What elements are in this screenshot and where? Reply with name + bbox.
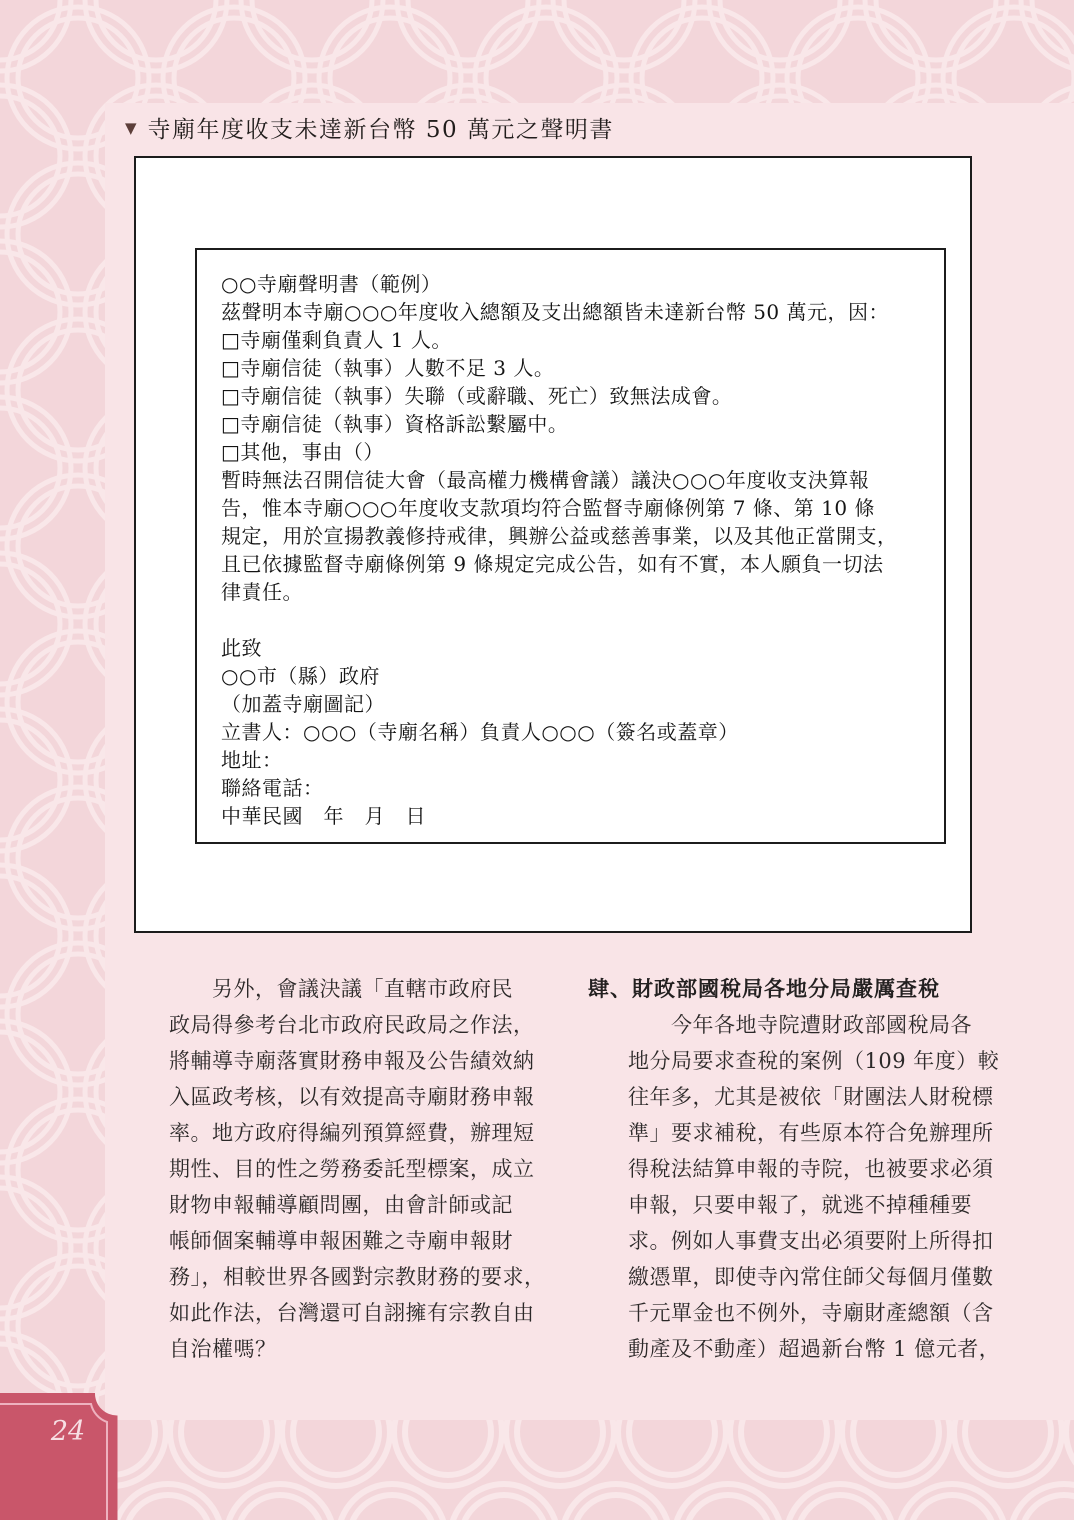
left-column: 另外，會議決議「直轄市政府民政局得參考台北市政府民政局之作法，將輔導寺廟落實財務… (169, 971, 535, 1367)
content-panel: ▼ 寺廟年度收支未達新台幣 50 萬元之聲明書 ○○寺廟聲明書（範例）茲聲明本寺… (105, 103, 1074, 1420)
body-text-line: 政局得參考台北市政府民政局之作法， (169, 1007, 535, 1043)
body-text-line: 期性、目的性之勞務委託型標案，成立 (169, 1151, 535, 1187)
form-outer-box: ○○寺廟聲明書（範例）茲聲明本寺廟○○○年度收入總額及支出總額皆未達新台幣 50… (134, 156, 972, 933)
form-line: 且已依據監督寺廟條例第 9 條規定完成公告，如有不實，本人願負一切法 (221, 550, 926, 578)
body-text-line: 務」，相較世界各國對宗教財務的要求， (169, 1259, 535, 1295)
form-line: 律責任。 (221, 578, 926, 606)
body-text-line: 往年多，尤其是被依「財團法人財稅標 (628, 1079, 998, 1115)
body-text-line: 另外，會議決議「直轄市政府民 (169, 971, 535, 1007)
body-text-line: 率。地方政府得編列預算經費，辦理短 (169, 1115, 535, 1151)
body-text-line: 繳憑單，即使寺內常住師父每個月僅數 (628, 1259, 998, 1295)
form-line: □其他，事由（） (221, 438, 926, 466)
body-text-line: 求。例如人事費支出必須要附上所得扣 (628, 1223, 998, 1259)
form-line: ○○市（縣）政府 (221, 662, 926, 690)
form-line: 此致 (221, 634, 926, 662)
right-column: 肆、財政部國稅局各地分局嚴厲查稅 今年各地寺院遭財政部國稅局各地分局要求查稅的案… (588, 971, 998, 1367)
body-text-line: 千元單金也不例外，寺廟財產總額（含 (628, 1295, 998, 1331)
form-line: 聯絡電話： (221, 774, 926, 802)
body-text-line: 帳師個案輔導申報困難之寺廟申報財 (169, 1223, 535, 1259)
body-text-line: 申報，只要申報了，就逃不掉種種要 (628, 1187, 998, 1223)
body-text-line: 動產及不動產）超過新台幣 1 億元者， (628, 1331, 998, 1367)
body-text-line: 今年各地寺院遭財政部國稅局各 (628, 1007, 998, 1043)
body-text-line: 準」要求補稅，有些原本符合免辦理所 (628, 1115, 998, 1151)
right-column-body: 今年各地寺院遭財政部國稅局各地分局要求查稅的案例（109 年度）較往年多，尤其是… (588, 1007, 998, 1367)
form-line: 立書人：○○○（寺廟名稱）負責人○○○（簽名或蓋章） (221, 718, 926, 746)
form-line: 暫時無法召開信徒大會（最高權力機構會議）議決○○○年度收支決算報 (221, 466, 926, 494)
body-text-line: 財物申報輔導顧問團，由會計師或記 (169, 1187, 535, 1223)
form-line: ○○寺廟聲明書（範例） (221, 270, 926, 298)
body-text-line: 自治權嗎？ (169, 1331, 535, 1367)
form-line: □寺廟信徒（執事）人數不足 3 人。 (221, 354, 926, 382)
form-line (221, 606, 926, 634)
body-text-line: 將輔導寺廟落實財務申報及公告績效納 (169, 1043, 535, 1079)
form-line: □寺廟僅剩負責人 1 人。 (221, 326, 926, 354)
body-text-line: 如此作法，台灣還可自詡擁有宗教自由 (169, 1295, 535, 1331)
section-header: ▼ 寺廟年度收支未達新台幣 50 萬元之聲明書 (125, 111, 614, 144)
form-line: 中華民國 年 月 日 (221, 802, 926, 830)
form-line: 茲聲明本寺廟○○○年度收入總額及支出總額皆未達新台幣 50 萬元，因： (221, 298, 926, 326)
form-line: 告，惟本寺廟○○○年度收支款項均符合監督寺廟條例第 7 條、第 10 條 (221, 494, 926, 522)
page-number-tab (0, 1389, 130, 1520)
triangle-marker-icon: ▼ (125, 119, 137, 137)
page-number: 24 (40, 1416, 96, 1447)
form-line: 規定，用於宣揚教義修持戒律，興辦公益或慈善事業，以及其他正當開支， (221, 522, 926, 550)
bottom-rings-pattern (0, 1420, 1074, 1520)
form-line: □寺廟信徒（執事）資格訴訟繫屬中。 (221, 410, 926, 438)
right-column-heading: 肆、財政部國稅局各地分局嚴厲查稅 (588, 971, 998, 1007)
body-text-line: 得稅法結算申報的寺院，也被要求必須 (628, 1151, 998, 1187)
section-title: 寺廟年度收支未達新台幣 50 萬元之聲明書 (148, 111, 614, 144)
declaration-form-box: ○○寺廟聲明書（範例）茲聲明本寺廟○○○年度收入總額及支出總額皆未達新台幣 50… (195, 248, 946, 844)
document-page: ▼ 寺廟年度收支未達新台幣 50 萬元之聲明書 ○○寺廟聲明書（範例）茲聲明本寺… (0, 0, 1074, 1520)
body-text-line: 地分局要求查稅的案例（109 年度）較 (628, 1043, 998, 1079)
declaration-form-text: ○○寺廟聲明書（範例）茲聲明本寺廟○○○年度收入總額及支出總額皆未達新台幣 50… (221, 270, 926, 830)
form-line: （加蓋寺廟圖記） (221, 690, 926, 718)
form-line: □寺廟信徒（執事）失聯（或辭職、死亡）致無法成會。 (221, 382, 926, 410)
form-line: 地址： (221, 746, 926, 774)
body-text-line: 入區政考核，以有效提高寺廟財務申報 (169, 1079, 535, 1115)
